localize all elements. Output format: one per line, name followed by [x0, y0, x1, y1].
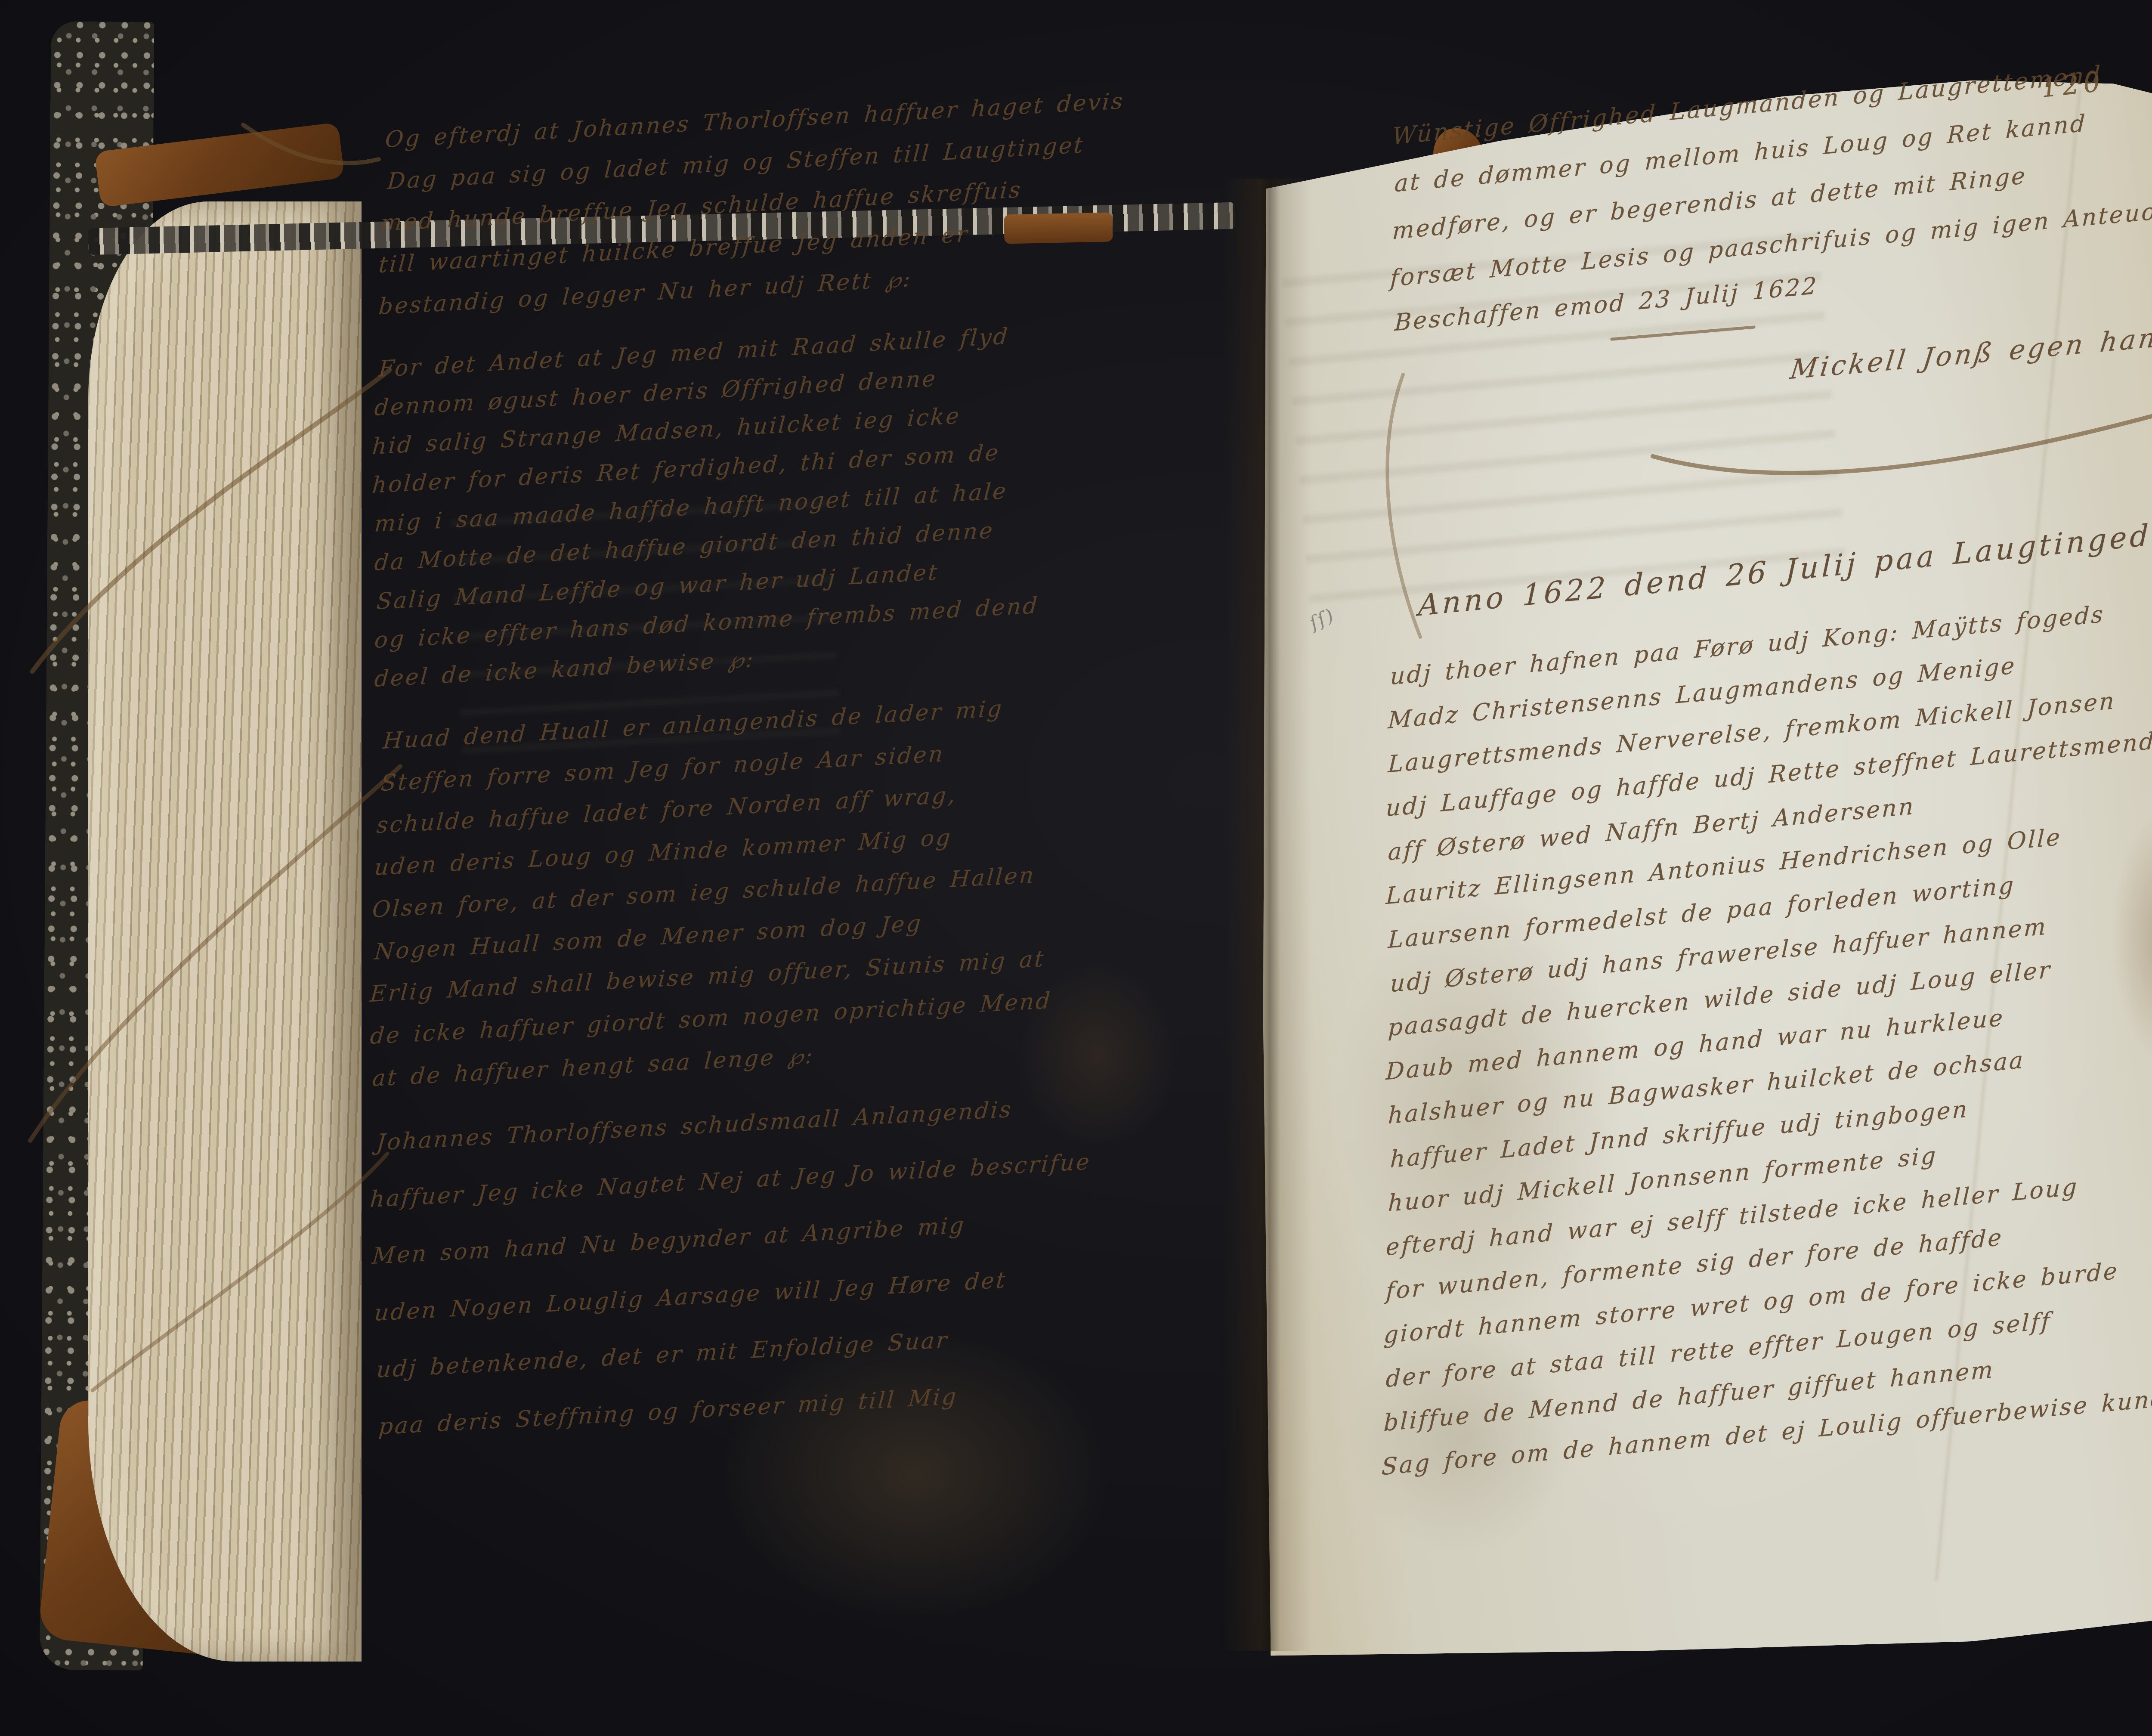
manuscript-photo: 120 Og efterdj at Johannes Thorloffsen h…: [0, 0, 2152, 1736]
book-gutter-fold: [1224, 179, 1312, 1651]
